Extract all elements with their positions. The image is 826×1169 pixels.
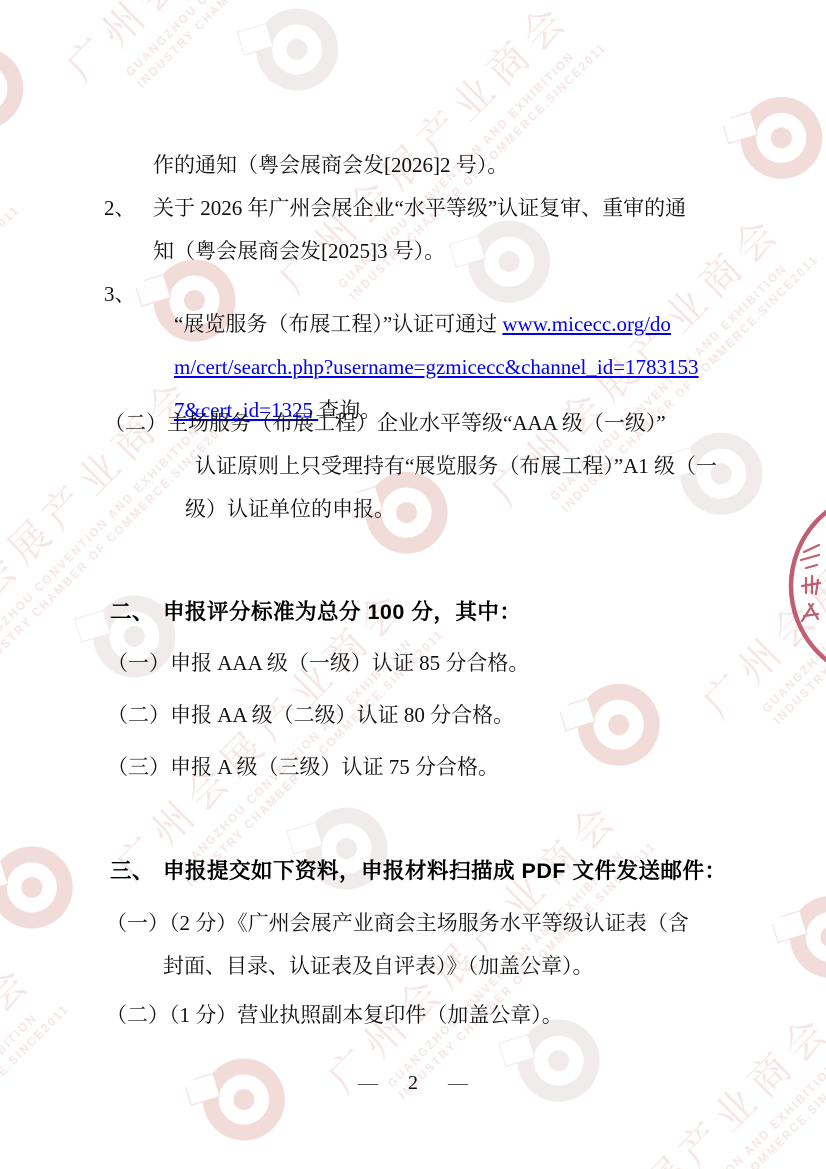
red-seal-arc [791, 496, 826, 676]
page-number: 2 [408, 1072, 418, 1095]
footer-dash-right: — [448, 1072, 468, 1095]
red-seal-stamp [780, 496, 826, 676]
list-number-3: 3、 [104, 279, 136, 309]
footer-dash-left: — [358, 1072, 378, 1095]
section-2-item-1: （一）申报 AAA 级（一级）认证 85 分合格。 [107, 648, 529, 678]
section-2-item-3: （三）申报 A 级（三级）认证 75 分合格。 [107, 752, 499, 782]
section-3-item-2-line1: （二）（1 分）营业执照副本复印件（加盖公章）。 [106, 1000, 563, 1030]
section-2-heading: 申报评分标准为总分 100 分，其中： [163, 597, 521, 627]
section-3-number: 三、 [110, 856, 154, 886]
section-3-heading: 申报提交如下资料，申报材料扫描成 PDF 文件发送邮件： [163, 856, 726, 886]
list-item-2-line1: 关于 2026 年广州会展企业“水平等级”认证复审、重审的通 [153, 193, 686, 223]
section-3-item-1-line1: （一）（2 分）《广州会展产业商会主场服务水平等级认证表（含 [106, 908, 689, 938]
section-2-number: 二、 [110, 597, 154, 627]
bracket-item-2-line3: 级）认证单位的申报。 [185, 494, 395, 524]
page-footer: — 2 — [0, 1072, 826, 1095]
section-3-item-1-line2: 封面、目录、认证表及自评表）》（加盖公章）。 [163, 951, 594, 981]
section-2-item-2: （二）申报 AA 级（二级）认证 80 分合格。 [107, 700, 514, 730]
list-item-2-line2: 知（粤会展商会发[2025]3 号）。 [153, 236, 445, 266]
bracket-item-2-line2: 认证原则上只受理持有“展览服务（布展工程）”A1 级（一 [195, 451, 717, 481]
list-number-2: 2、 [104, 193, 136, 223]
red-seal-glyphs [801, 545, 820, 621]
bracket-item-2-line1: （二）主场服务（布展工程）企业水平等级“AAA 级（一级）” [104, 408, 666, 438]
document-page: 广州会展产业商会 GUANGZHOU CONVENTION AND EXHIBI… [0, 0, 826, 1169]
paragraph-continuation: 作的通知（粤会展商会发[2026]2 号）。 [153, 150, 508, 180]
